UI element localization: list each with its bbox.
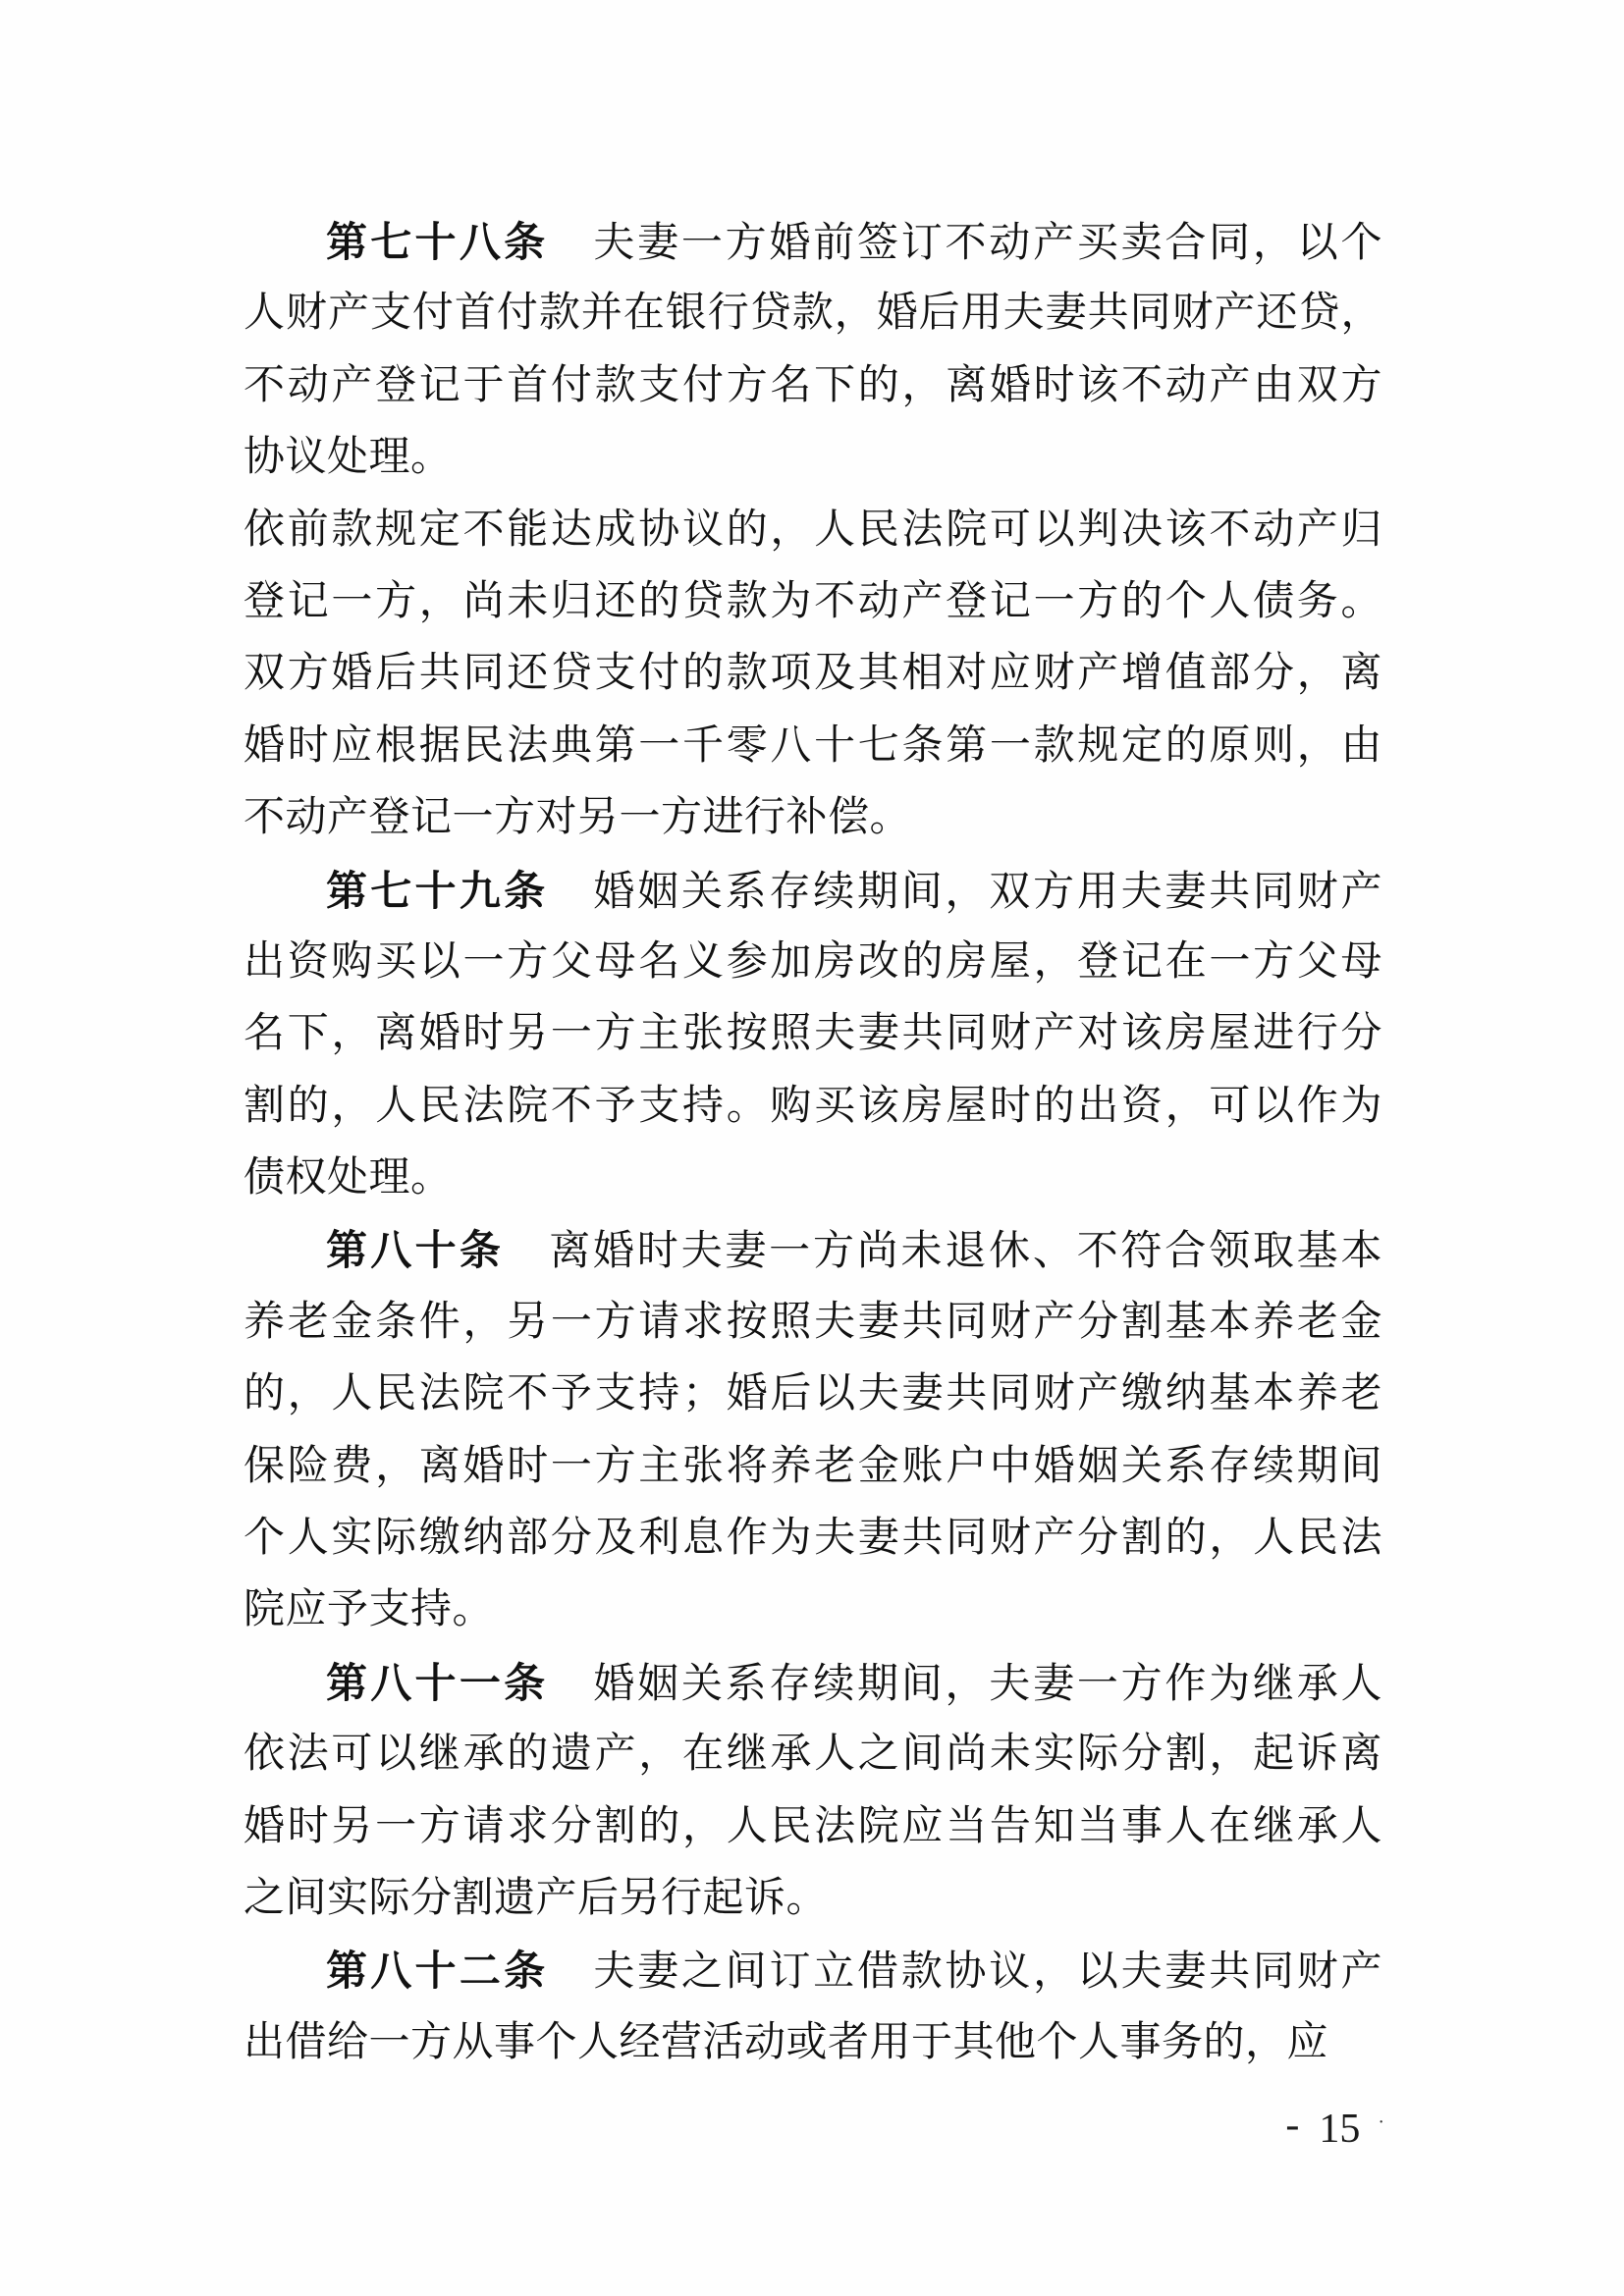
line-text: 依法可以继承的遗产，在继承人之间尚未实际分割，起诉离 <box>244 1732 1382 1777</box>
line-text: 人财产支付首付款并在银行贷款，婚后用夫妻共同财产还贷， <box>244 291 1382 336</box>
text-line: 院应予支持。 <box>244 1575 1382 1646</box>
line-text: 婚时另一方请求分割的，人民法院应当告知当事人在继承人 <box>244 1804 1382 1849</box>
page-number-prefix-dash: - <box>1285 2102 1299 2149</box>
page-number-suffix-dot: · <box>1378 2099 1384 2146</box>
line-text: 婚姻关系存续期间，夫妻一方作为继承人 <box>593 1662 1382 1707</box>
document-page: 第七十八条夫妻一方婚前签订不动产买卖合同，以个人财产支付首付款并在银行贷款，婚后… <box>0 0 1624 2296</box>
line-text: 协议处理。 <box>244 435 453 480</box>
text-line: 第八十二条夫妻之间订立借款协议，以夫妻共同财产 <box>244 1935 1382 2006</box>
line-text: 院应予支持。 <box>244 1587 494 1632</box>
line-text: 养老金条件，另一方请求按照夫妻共同财产分割基本养老金 <box>244 1300 1382 1345</box>
line-text: 之间实际分割遗产后另行起诉。 <box>244 1876 828 1921</box>
line-text: 夫妻之间订立借款协议，以夫妻共同财产 <box>593 1949 1382 1995</box>
line-text: 依前款规定不能达成协议的，人民法院可以判决该不动产归 <box>244 507 1382 553</box>
line-text: 婚时应根据民法典第一千零八十七条第一款规定的原则，由 <box>244 723 1382 769</box>
text-line: 不动产登记一方对另一方进行补偿。 <box>244 782 1382 854</box>
text-line: 之间实际分割遗产后另行起诉。 <box>244 1863 1382 1935</box>
article-number: 第八十一条 <box>326 1660 548 1706</box>
line-text: 个人实际缴纳部分及利息作为夫妻共同财产分割的，人民法 <box>244 1516 1382 1561</box>
text-line: 出借给一方从事个人经营活动或者用于其他个人事务的，应 <box>244 2007 1382 2079</box>
text-line: 名下，离婚时另一方主张按照夫妻共同财产对该房屋进行分 <box>244 998 1382 1070</box>
text-line: 登记一方，尚未归还的贷款为不动产登记一方的个人债务。 <box>244 566 1382 638</box>
article-number: 第八十二条 <box>326 1948 548 1994</box>
text-line: 第七十九条婚姻关系存续期间，双方用夫妻共同财产 <box>244 855 1382 927</box>
text-line: 个人实际缴纳部分及利息作为夫妻共同财产分割的，人民法 <box>244 1503 1382 1575</box>
text-line: 第八十条离婚时夫妻一方尚未退休、不符合领取基本 <box>244 1214 1382 1286</box>
line-text: 的，人民法院不予支持；婚后以夫妻共同财产缴纳基本养老 <box>244 1371 1382 1416</box>
page-number-value: 15 <box>1319 2107 1360 2152</box>
page-number: -15· <box>1285 2099 1384 2153</box>
line-text: 夫妻一方婚前签订不动产买卖合同，以个 <box>593 221 1382 266</box>
text-line: 依法可以继承的遗产，在继承人之间尚未实际分割，起诉离 <box>244 1719 1382 1790</box>
line-text: 不动产登记一方对另一方进行补偿。 <box>244 795 911 840</box>
text-line: 割的，人民法院不予支持。购买该房屋时的出资，可以作为 <box>244 1071 1382 1143</box>
line-text: 保险费，离婚时一方主张将养老金账户中婚姻关系存续期间 <box>244 1444 1382 1489</box>
text-line: 依前款规定不能达成协议的，人民法院可以判决该不动产归 <box>244 495 1382 566</box>
article-number: 第七十八条 <box>326 219 548 265</box>
article-number: 第八十条 <box>326 1227 504 1273</box>
text-line: 人财产支付首付款并在银行贷款，婚后用夫妻共同财产还贷， <box>244 278 1382 349</box>
text-line: 不动产登记于首付款支付方名下的，离婚时该不动产由双方 <box>244 350 1382 422</box>
line-text: 割的，人民法院不予支持。购买该房屋时的出资，可以作为 <box>244 1084 1382 1129</box>
line-text: 婚姻关系存续期间，双方用夫妻共同财产 <box>593 870 1382 915</box>
line-text: 出借给一方从事个人经营活动或者用于其他个人事务的，应 <box>244 2020 1328 2065</box>
text-line: 债权处理。 <box>244 1143 1382 1214</box>
text-line: 出资购买以一方父母名义参加房改的房屋，登记在一方父母 <box>244 927 1382 998</box>
line-text: 离婚时夫妻一方尚未退休、不符合领取基本 <box>549 1229 1382 1274</box>
legal-text: 第七十八条夫妻一方婚前签订不动产买卖合同，以个人财产支付首付款并在银行贷款，婚后… <box>244 206 1382 2079</box>
text-line: 第八十一条婚姻关系存续期间，夫妻一方作为继承人 <box>244 1647 1382 1719</box>
text-line: 双方婚后共同还贷支付的款项及其相对应财产增值部分，离 <box>244 638 1382 710</box>
line-text: 出资购买以一方父母名义参加房改的房屋，登记在一方父母 <box>244 939 1382 985</box>
text-line: 协议处理。 <box>244 422 1382 494</box>
text-line: 保险费，离婚时一方主张将养老金账户中婚姻关系存续期间 <box>244 1431 1382 1503</box>
text-line: 第七十八条夫妻一方婚前签订不动产买卖合同，以个 <box>244 206 1382 278</box>
text-line: 婚时应根据民法典第一千零八十七条第一款规定的原则，由 <box>244 711 1382 782</box>
line-text: 登记一方，尚未归还的贷款为不动产登记一方的个人债务。 <box>244 579 1382 624</box>
text-line: 婚时另一方请求分割的，人民法院应当告知当事人在继承人 <box>244 1791 1382 1863</box>
line-text: 双方婚后共同还贷支付的款项及其相对应财产增值部分，离 <box>244 651 1382 696</box>
article-number: 第七十九条 <box>326 868 548 914</box>
text-line: 的，人民法院不予支持；婚后以夫妻共同财产缴纳基本养老 <box>244 1359 1382 1430</box>
line-text: 不动产登记于首付款支付方名下的，离婚时该不动产由双方 <box>244 363 1382 408</box>
line-text: 债权处理。 <box>244 1155 453 1201</box>
text-line: 养老金条件，另一方请求按照夫妻共同财产分割基本养老金 <box>244 1287 1382 1359</box>
line-text: 名下，离婚时另一方主张按照夫妻共同财产对该房屋进行分 <box>244 1011 1382 1056</box>
